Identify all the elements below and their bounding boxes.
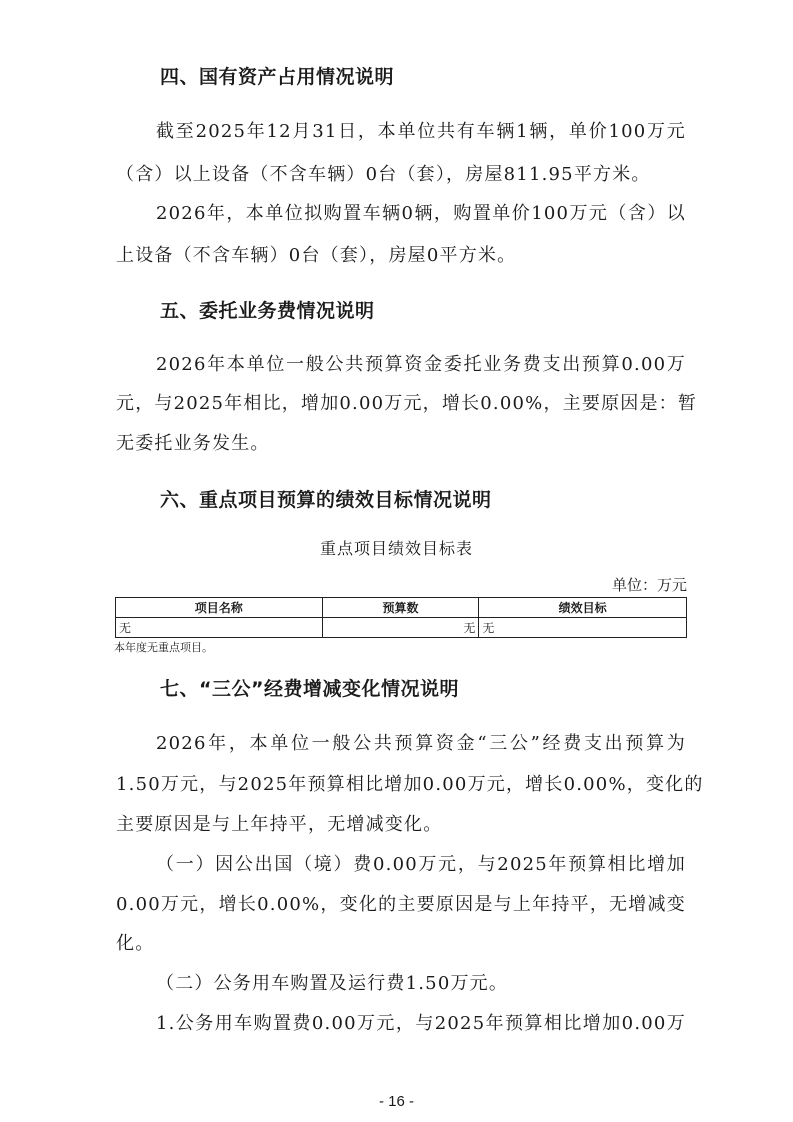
table-row: 无 无 无 xyxy=(116,618,687,638)
table-title: 重点项目绩效目标表 xyxy=(0,541,793,557)
column-header-project-name: 项目名称 xyxy=(116,598,323,618)
section-4-heading: 四、国有资产占用情况说明 xyxy=(160,68,394,87)
section-5-para-1-line-1: 2026年本单位一般公共预算资金委托业务费支出预算0.00万 xyxy=(156,356,686,374)
section-7-para-1-line-2: 1.50万元，与2025年预算相比增加0.00万元，增长0.00%，变化的 xyxy=(116,776,686,794)
section-7-sub-1-line-2: 0.00万元，增长0.00%，变化的主要原因是与上年持平，无增减变 xyxy=(116,896,686,914)
section-7-para-1-line-3: 主要原因是与上年持平，无增减变化。 xyxy=(116,816,442,834)
table-header-row: 项目名称 预算数 绩效目标 xyxy=(116,598,687,618)
section-7-sub-1-line-1: （一）因公出国（境）费0.00万元，与2025年预算相比增加 xyxy=(156,856,686,874)
section-7-sub-1-line-3: 化。 xyxy=(116,935,154,953)
section-4-para-1-line-1: 截至2025年12月31日，本单位共有车辆1辆，单价100万元 xyxy=(156,123,686,141)
column-header-performance-target: 绩效目标 xyxy=(479,598,687,618)
section-4-para-1-line-2: （含）以上设备（不含车辆）0台（套），房屋811.95平方米。 xyxy=(116,166,651,184)
section-7-para-1-line-1: 2026年，本单位一般公共预算资金“三公”经费支出预算为 xyxy=(156,735,686,753)
section-7-heading: 七、“三公”经费增减变化情况说明 xyxy=(160,680,459,699)
page-number: - 16 - xyxy=(0,1094,793,1109)
section-7-item-1-line-1: 1.公务用车购置费0.00万元，与2025年预算相比增加0.00万 xyxy=(156,1015,686,1033)
performance-target-table: 项目名称 预算数 绩效目标 无 无 无 xyxy=(115,597,687,638)
column-header-budget: 预算数 xyxy=(322,598,479,618)
table-unit: 单位：万元 xyxy=(612,578,687,593)
section-5-para-1-line-3: 无委托业务发生。 xyxy=(116,435,270,453)
cell-budget: 无 xyxy=(322,618,479,638)
section-6-heading: 六、重点项目预算的绩效目标情况说明 xyxy=(160,491,492,510)
cell-project-name: 无 xyxy=(116,618,323,638)
section-7-sub-2-line-1: （二）公务用车购置及运行费1.50万元。 xyxy=(156,975,508,993)
cell-performance-target: 无 xyxy=(479,618,687,638)
section-5-para-1-line-2: 元，与2025年相比，增加0.00万元，增长0.00%，主要原因是：暂 xyxy=(116,395,686,413)
table-note: 本年度无重点项目。 xyxy=(114,642,213,653)
section-4-para-2-line-1: 2026年，本单位拟购置车辆0辆，购置单价100万元（含）以 xyxy=(156,205,686,223)
section-5-heading: 五、委托业务费情况说明 xyxy=(160,302,375,321)
section-4-para-2-line-2: 上设备（不含车辆）0台（套），房屋0平方米。 xyxy=(116,247,516,265)
